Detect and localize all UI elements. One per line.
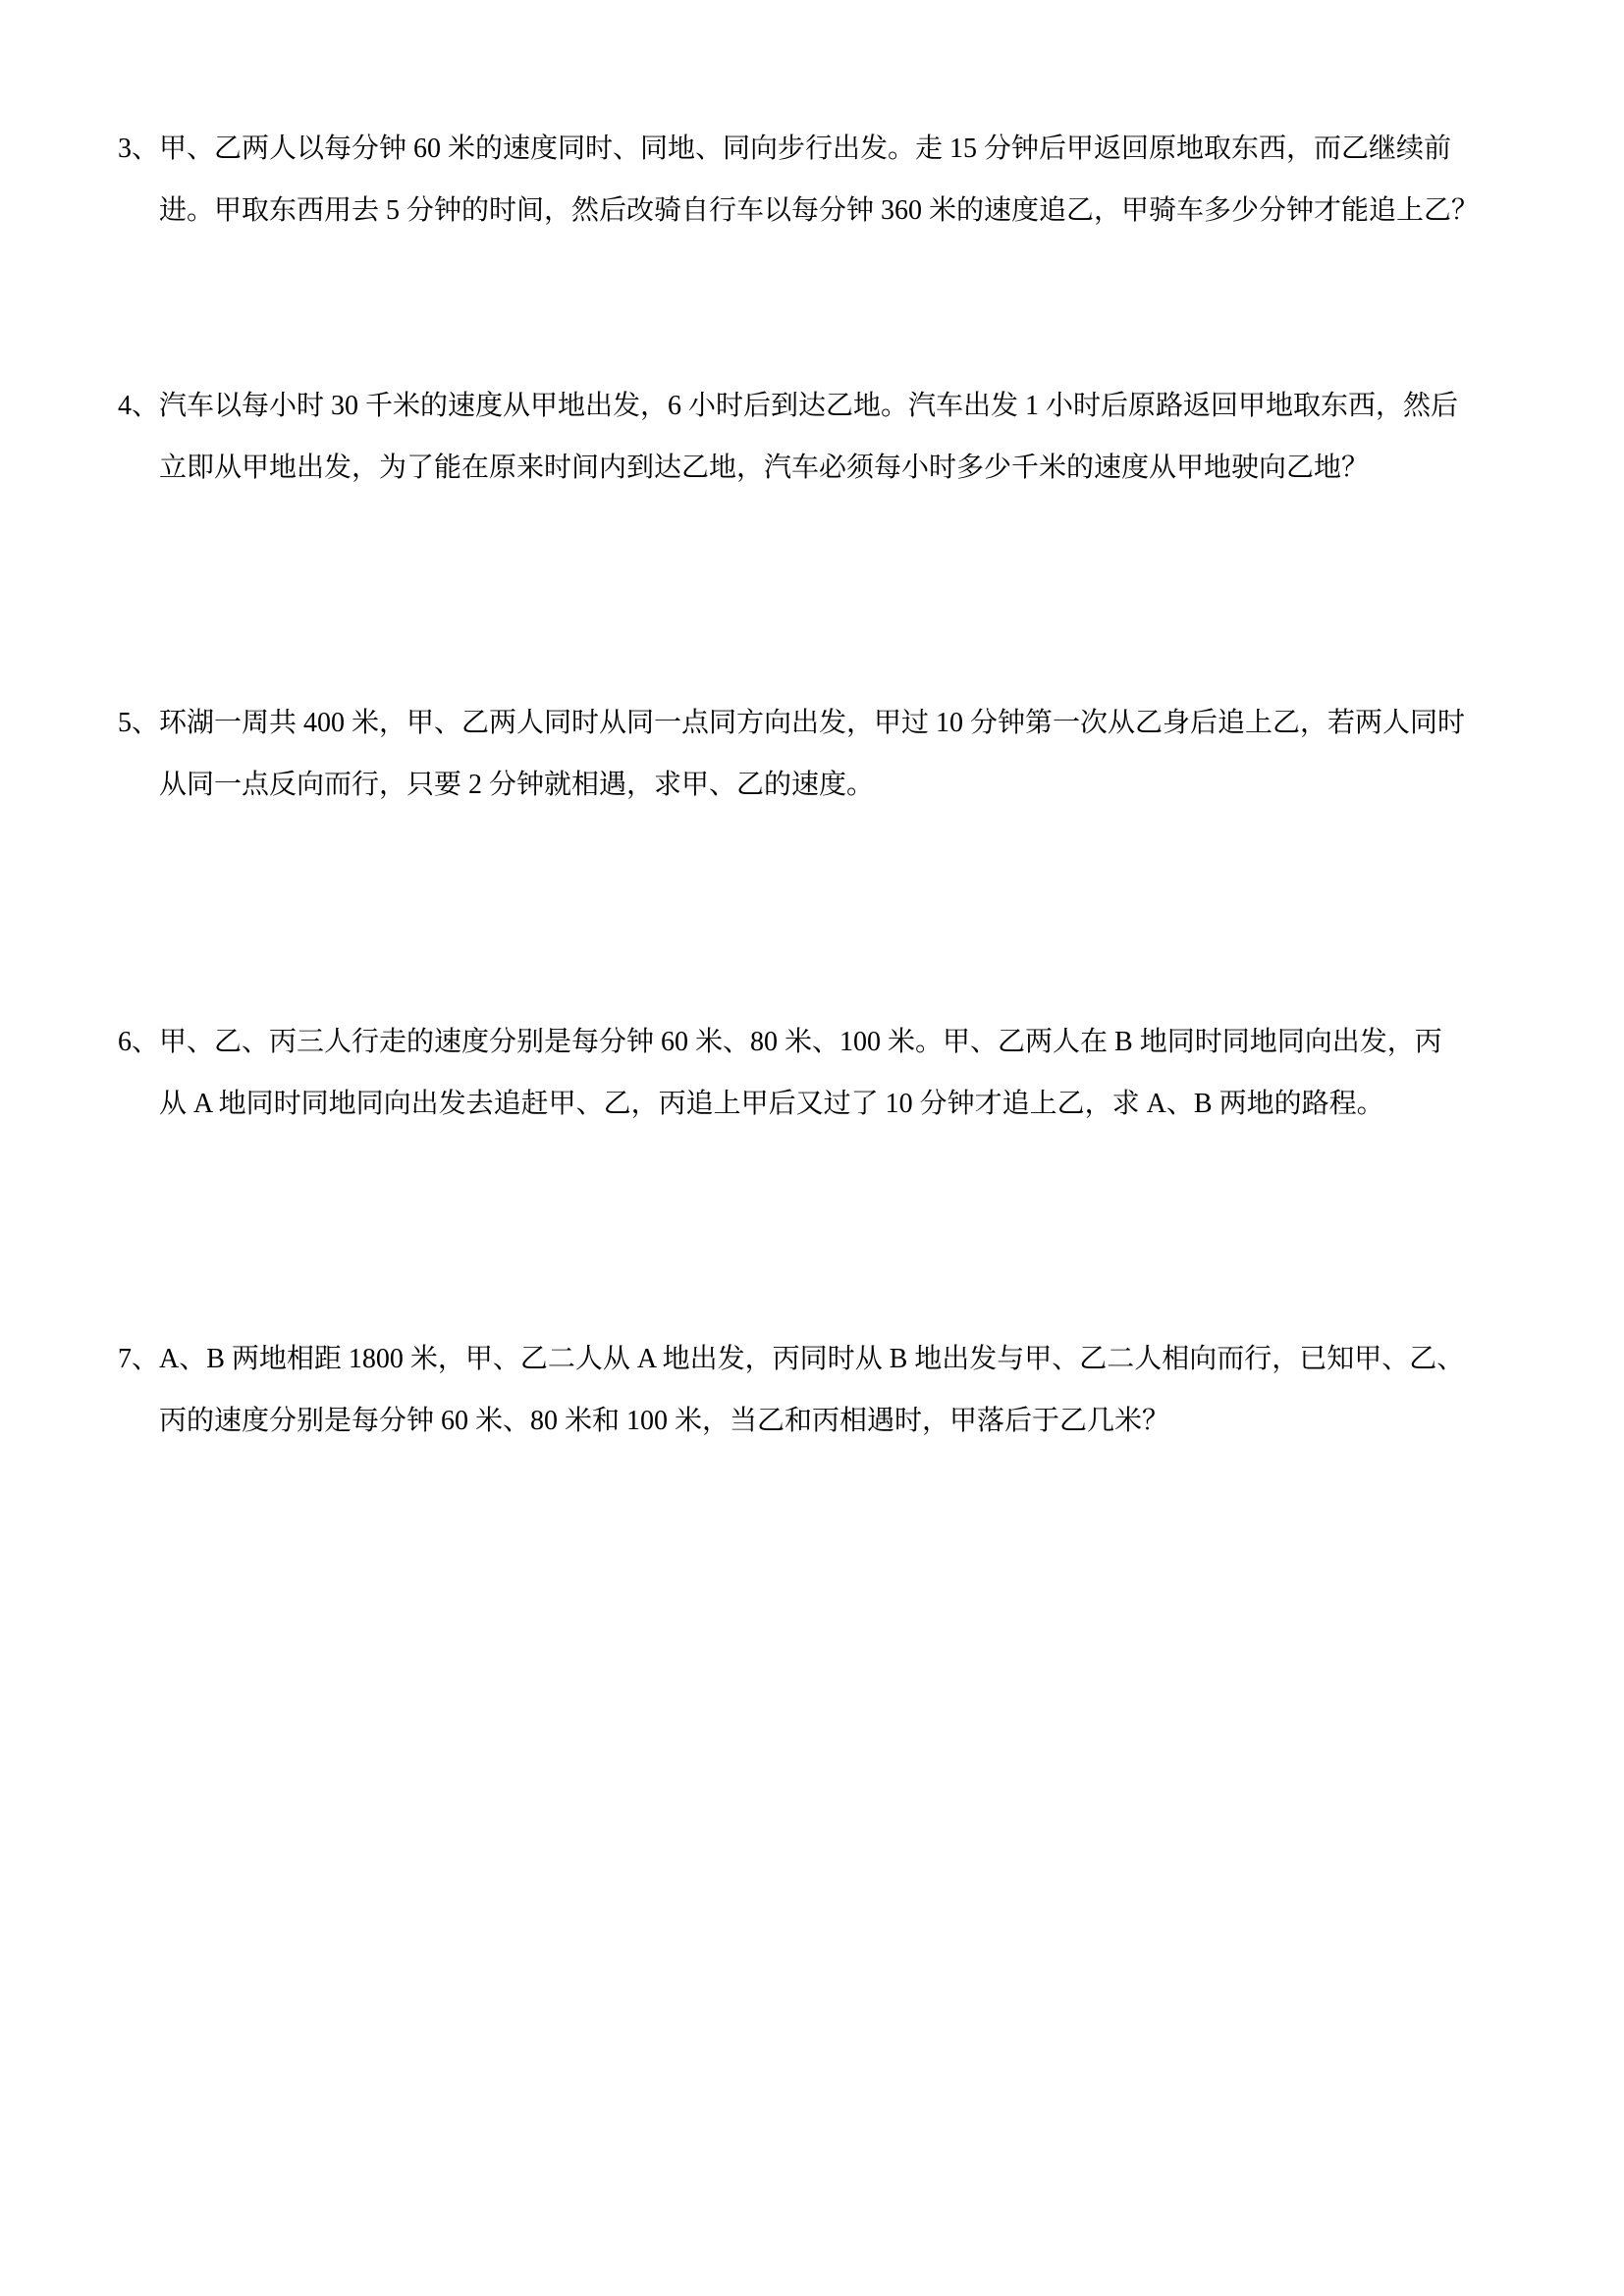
problem-7-line-1: 7、A、B 两地相距 1800 米，甲、乙二人从 A 地出发，丙同时从 B 地出…	[118, 1328, 1516, 1390]
problem-6-line-2: 从 A 地同时同地同向出发去追赶甲、乙，丙追上甲后又过了 10 分钟才追上乙，求…	[118, 1073, 1516, 1135]
problem-4-line-1: 4、汽车以每小时 30 千米的速度从甲地出发，6 小时后到达乙地。汽车出发 1 …	[118, 375, 1516, 437]
problem-6: 6、甲、乙、丙三人行走的速度分别是每分钟 60 米、80 米、100 米。甲、乙…	[118, 1011, 1516, 1135]
problem-5-line-1: 5、环湖一周共 400 米，甲、乙两人同时从同一点同方向出发，甲过 10 分钟第…	[118, 692, 1516, 754]
problem-6-text-1: 甲、乙、丙三人行走的速度分别是每分钟 60 米、80 米、100 米。甲、乙两人…	[159, 1027, 1442, 1057]
problem-7-text-1: A、B 两地相距 1800 米，甲、乙二人从 A 地出发，丙同时从 B 地出发与…	[159, 1344, 1464, 1374]
problem-4: 4、汽车以每小时 30 千米的速度从甲地出发，6 小时后到达乙地。汽车出发 1 …	[118, 375, 1516, 499]
problem-3-number: 3、	[118, 133, 159, 164]
problem-3: 3、甲、乙两人以每分钟 60 米的速度同时、同地、同向步行出发。走 15 分钟后…	[118, 118, 1516, 241]
problem-3-line-1: 3、甲、乙两人以每分钟 60 米的速度同时、同地、同向步行出发。走 15 分钟后…	[118, 118, 1516, 180]
problem-5: 5、环湖一周共 400 米，甲、乙两人同时从同一点同方向出发，甲过 10 分钟第…	[118, 692, 1516, 816]
problem-5-text-1: 环湖一周共 400 米，甲、乙两人同时从同一点同方向出发，甲过 10 分钟第一次…	[159, 708, 1465, 738]
problem-7-number: 7、	[118, 1344, 159, 1374]
problem-4-text-1: 汽车以每小时 30 千米的速度从甲地出发，6 小时后到达乙地。汽车出发 1 小时…	[159, 391, 1458, 421]
problem-5-text-2: 从同一点反向而行，只要 2 分钟就相遇，求甲、乙的速度。	[159, 770, 874, 800]
problem-6-number: 6、	[118, 1027, 159, 1057]
worksheet-page: 3、甲、乙两人以每分钟 60 米的速度同时、同地、同向步行出发。走 15 分钟后…	[0, 0, 1624, 2296]
problem-4-text-2: 立即从甲地出发，为了能在原来时间内到达乙地，汽车必须每小时多少千米的速度从甲地驶…	[159, 453, 1369, 483]
problem-6-line-1: 6、甲、乙、丙三人行走的速度分别是每分钟 60 米、80 米、100 米。甲、乙…	[118, 1011, 1516, 1073]
problem-7-line-2: 丙的速度分别是每分钟 60 米、80 米和 100 米，当乙和丙相遇时，甲落后于…	[118, 1390, 1516, 1452]
problem-3-line-2: 进。甲取东西用去 5 分钟的时间，然后改骑自行车以每分钟 360 米的速度追乙，…	[118, 180, 1516, 241]
problem-5-number: 5、	[118, 708, 159, 738]
problem-5-line-2: 从同一点反向而行，只要 2 分钟就相遇，求甲、乙的速度。	[118, 754, 1516, 816]
problem-4-number: 4、	[118, 391, 159, 421]
problem-3-text-2: 进。甲取东西用去 5 分钟的时间，然后改骑自行车以每分钟 360 米的速度追乙，…	[159, 195, 1479, 226]
problem-4-line-2: 立即从甲地出发，为了能在原来时间内到达乙地，汽车必须每小时多少千米的速度从甲地驶…	[118, 437, 1516, 499]
problem-6-text-2: 从 A 地同时同地同向出发去追赶甲、乙，丙追上甲后又过了 10 分钟才追上乙，求…	[159, 1089, 1384, 1119]
problem-3-text-1: 甲、乙两人以每分钟 60 米的速度同时、同地、同向步行出发。走 15 分钟后甲返…	[159, 133, 1451, 164]
problem-7-text-2: 丙的速度分别是每分钟 60 米、80 米和 100 米，当乙和丙相遇时，甲落后于…	[159, 1406, 1169, 1436]
problem-7: 7、A、B 两地相距 1800 米，甲、乙二人从 A 地出发，丙同时从 B 地出…	[118, 1328, 1516, 1452]
